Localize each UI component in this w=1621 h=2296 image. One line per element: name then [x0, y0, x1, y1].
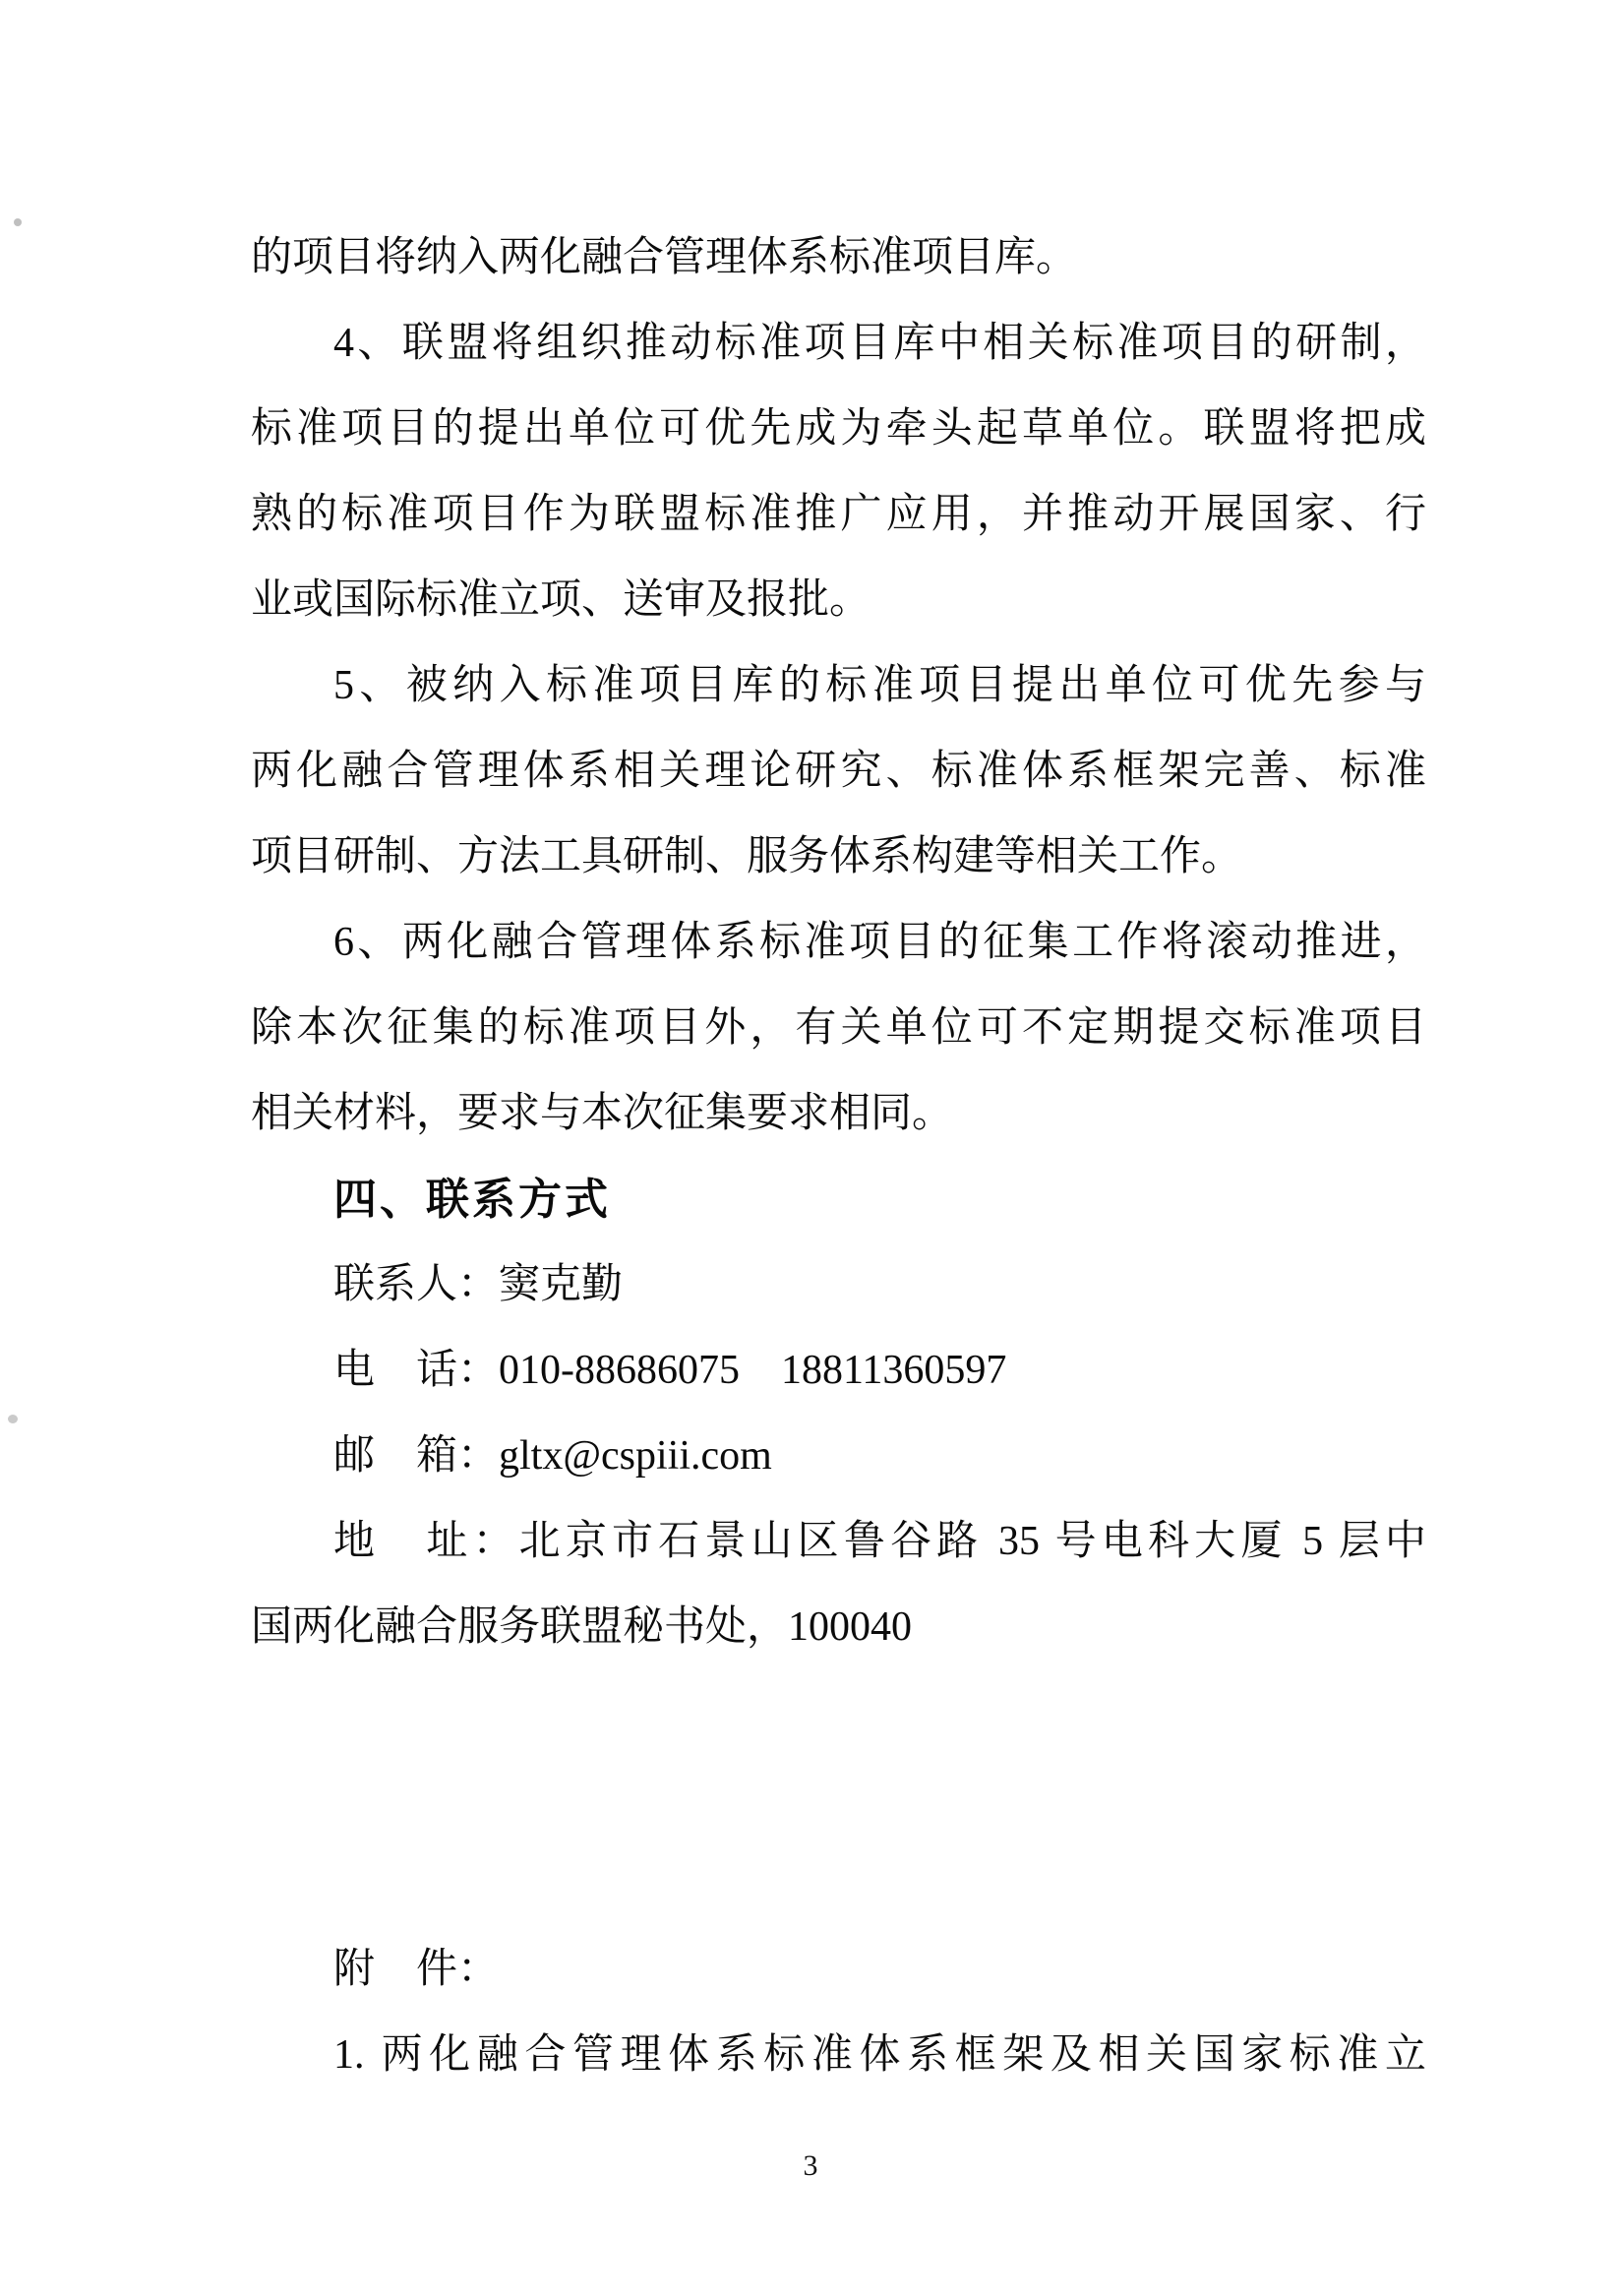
- blank-line: [251, 1842, 1426, 1927]
- paragraph-line: 熟的标准项目作为联盟标准推广应用，并推动开展国家、行: [251, 472, 1426, 558]
- page-number: 3: [0, 2146, 1621, 2186]
- document-body: 的项目将纳入两化融合管理体系标准项目库。 4、联盟将组织推动标准项目库中相关标准…: [251, 215, 1426, 2098]
- paragraph-line: 相关材料，要求与本次征集要求相同。: [251, 1071, 1426, 1157]
- contact-phone-line: 电 话：010-88686075 18811360597: [251, 1328, 1426, 1414]
- contact-address-line-2: 国两化融合服务联盟秘书处，100040: [251, 1585, 1426, 1670]
- section-heading-contact: 四、联系方式: [251, 1157, 1426, 1242]
- paragraph-line: 标准项目的提出单位可优先成为牵头起草单位。联盟将把成: [251, 387, 1426, 472]
- paragraph-line: 业或国际标准立项、送审及报批。: [251, 558, 1426, 643]
- paragraph-line: 4、联盟将组织推动标准项目库中相关标准项目的研制，: [251, 301, 1426, 387]
- blank-line: [251, 1756, 1426, 1842]
- paragraph-line: 的项目将纳入两化融合管理体系标准项目库。: [251, 215, 1426, 301]
- paragraph-line: 6、两化融合管理体系标准项目的征集工作将滚动推进，: [251, 900, 1426, 986]
- contact-address-line-1: 地 址：北京市石景山区鲁谷路 35 号电科大厦 5 层中: [251, 1499, 1426, 1585]
- blank-line: [251, 1670, 1426, 1756]
- scan-speck: [8, 1415, 18, 1423]
- paragraph-line: 两化融合管理体系相关理论研究、标准体系框架完善、标准: [251, 729, 1426, 815]
- scan-speck: [14, 218, 22, 226]
- attachment-item-1: 1. 两化融合管理体系标准体系框架及相关国家标准立: [251, 2013, 1426, 2098]
- contact-person-line: 联系人：窦克勤: [251, 1242, 1426, 1328]
- scanned-document-page: 的项目将纳入两化融合管理体系标准项目库。 4、联盟将组织推动标准项目库中相关标准…: [0, 0, 1621, 2296]
- paragraph-line: 项目研制、方法工具研制、服务体系构建等相关工作。: [251, 815, 1426, 900]
- contact-email-line: 邮 箱：gltx@cspiii.com: [251, 1414, 1426, 1499]
- attachment-label: 附 件：: [251, 1927, 1426, 2013]
- paragraph-line: 5、被纳入标准项目库的标准项目提出单位可优先参与: [251, 643, 1426, 729]
- paragraph-line: 除本次征集的标准项目外，有关单位可不定期提交标准项目: [251, 986, 1426, 1071]
